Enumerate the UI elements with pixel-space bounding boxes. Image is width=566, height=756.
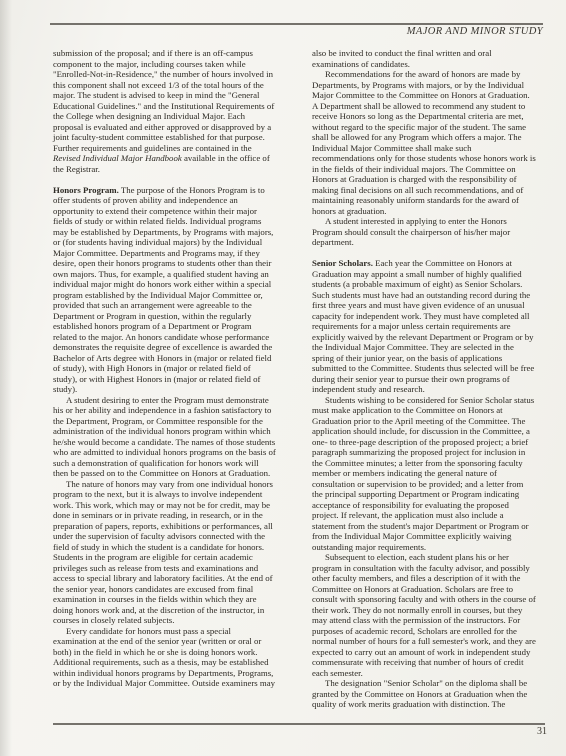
text-run: Every candidate for honors must pass a s… xyxy=(53,626,275,689)
text-run: The nature of honors may vary from one i… xyxy=(53,479,273,626)
text-run: A student desiring to enter the Program … xyxy=(53,395,276,479)
text-run: A student interested in applying to ente… xyxy=(312,216,510,247)
paragraph: submission of the proposal; and if there… xyxy=(53,48,276,174)
paragraph: A student interested in applying to ente… xyxy=(312,216,536,248)
text-run: The purpose of the Honors Program is to … xyxy=(53,185,273,395)
paragraph: Senior Scholars. Each year the Committee… xyxy=(312,258,536,395)
page-number: 31 xyxy=(537,726,547,737)
paragraph: Students wishing to be considered for Se… xyxy=(312,395,536,553)
paragraph: A student desiring to enter the Program … xyxy=(53,395,276,479)
text-run: also be invited to conduct the final wri… xyxy=(312,48,492,69)
text-run: Students wishing to be considered for Se… xyxy=(312,395,534,552)
text-run: Recommendations for the award of honors … xyxy=(312,69,536,216)
text-run: submission of the proposal; and if there… xyxy=(53,48,274,153)
paragraph: The nature of honors may vary from one i… xyxy=(53,479,276,626)
header-rule xyxy=(50,23,543,25)
text-run: Revised Individual Major Handbook xyxy=(53,153,182,163)
paragraph: The designation "Senior Scholar" on the … xyxy=(312,678,536,710)
right-column: also be invited to conduct the final wri… xyxy=(312,48,536,710)
catalog-page: MAJOR AND MINOR STUDY submission of the … xyxy=(0,0,566,756)
left-column: submission of the proposal; and if there… xyxy=(53,48,276,710)
text-run: Each year the Committee on Honors at Gra… xyxy=(312,258,534,394)
footer-rule xyxy=(53,723,545,725)
paragraph: Honors Program. The purpose of the Honor… xyxy=(53,185,276,395)
paragraph: Subsequent to election, each student pla… xyxy=(312,552,536,678)
paragraph: Recommendations for the award of honors … xyxy=(312,69,536,216)
text-run: Senior Scholars. xyxy=(312,258,373,268)
text-run: The designation "Senior Scholar" on the … xyxy=(312,678,527,709)
text-columns: submission of the proposal; and if there… xyxy=(53,48,536,710)
text-run: Honors Program. xyxy=(53,185,119,195)
text-run: Subsequent to election, each student pla… xyxy=(312,552,536,678)
paragraph: Every candidate for honors must pass a s… xyxy=(53,626,276,689)
running-head-title: MAJOR AND MINOR STUDY xyxy=(407,26,543,37)
paragraph: also be invited to conduct the final wri… xyxy=(312,48,536,69)
